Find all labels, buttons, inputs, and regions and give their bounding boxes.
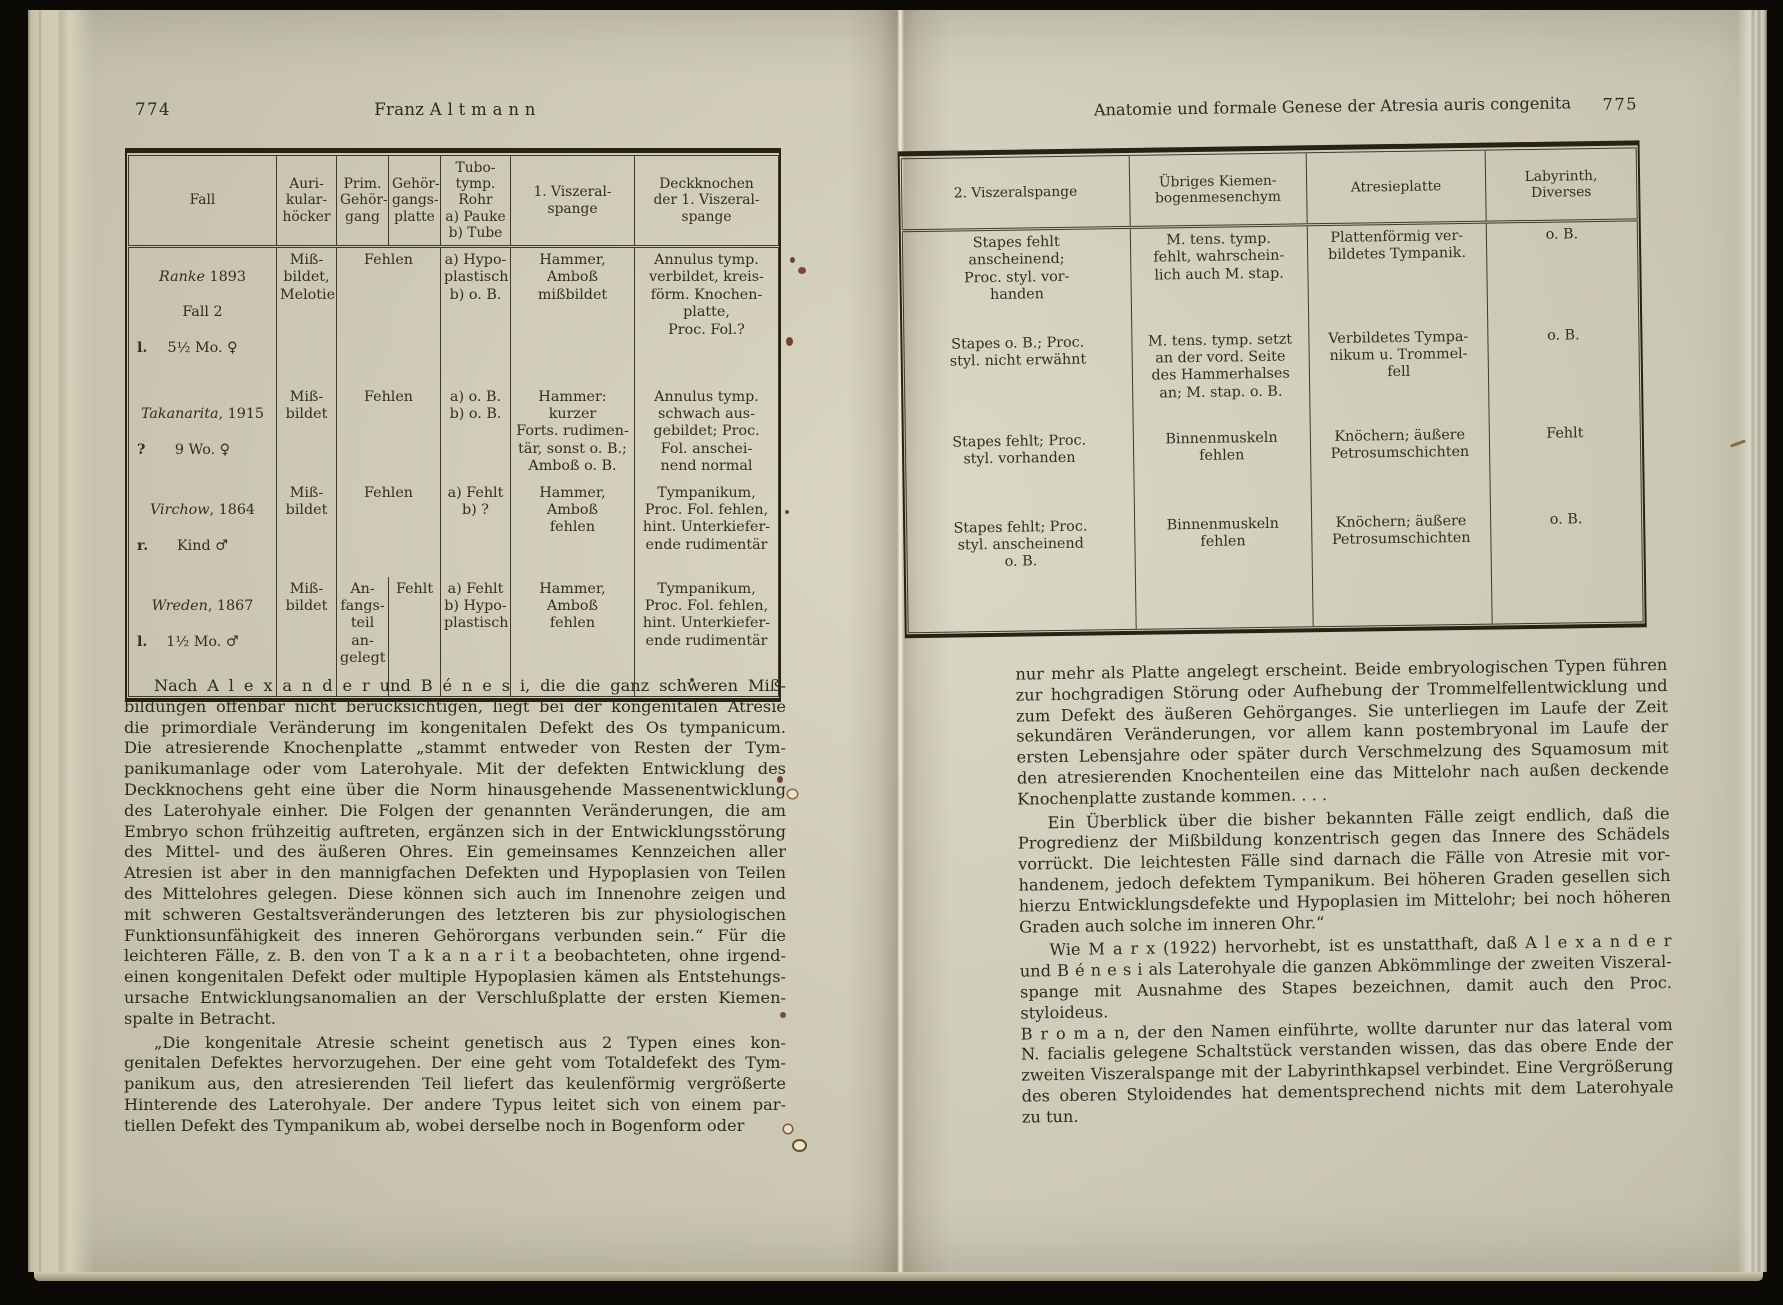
left-running-head: 774 Franz A l t m a n n — [125, 100, 785, 119]
table-cell: Hammer: kurzer Forts. rudimen- tär, sons… — [511, 385, 635, 481]
left-page-content: 774 Franz A l t m a n n Fall Auri- kular… — [125, 10, 785, 1272]
page-bottom-edge — [34, 1272, 1763, 1281]
ink-spot — [780, 1012, 786, 1018]
table-cell: Fehlen — [337, 481, 441, 577]
column-header-deckknochen: Deckknochen der 1. Viszeral- spange — [635, 156, 779, 247]
left-table-frame: Fall Auri- kular- höcker Prim. Gehör- ga… — [125, 148, 781, 702]
text-line: spalte in Betracht. — [124, 1009, 786, 1030]
column-header-gehoergangsplatte: Gehör- gangs- platte — [389, 156, 441, 247]
table-cell: Stapes o. B.; Proc. styl. nicht erwähnt — [904, 329, 1133, 430]
column-header-labyrinth-diverses: Labyrinth, Diverses — [1485, 148, 1637, 222]
text-line: Deckknochens geht eine über die Norm hin… — [124, 780, 786, 801]
column-header-fall: Fall — [129, 156, 277, 247]
right-page: Anatomie und formale Genese der Atresia … — [893, 10, 1767, 1272]
table-cell: Stapes fehlt; Proc. styl. vorhanden — [905, 427, 1134, 516]
sex-symbol: ♀ — [227, 340, 237, 356]
text-line: mit schweren Gestaltsveränderungen des l… — [124, 905, 786, 926]
running-title-right: Anatomie und formale Genese der Atresia … — [1094, 93, 1572, 119]
text-line: des Laterohyale einher. Die Folgen der g… — [124, 801, 786, 822]
paragraph: Nach A l e x a n d e r und B é n e s i, … — [124, 676, 786, 1030]
case-name: Virchow — [150, 502, 210, 518]
age: 1½ Mo. — [166, 634, 221, 650]
running-title-left: Franz A l t m a n n — [374, 100, 535, 119]
case-side-age-sex: r.Kind ♂ — [132, 538, 273, 555]
case-name: Takanarita — [141, 406, 219, 422]
ink-spot — [786, 337, 793, 346]
case-side-age-sex: l.1½ Mo. ♂ — [132, 634, 273, 651]
column-header-kiemenbogenmesenchym: Übriges Kiemen- bogenmesenchym — [1129, 153, 1307, 228]
column-header-2-viszeralspange: 2. Viszeralspange — [901, 155, 1130, 230]
sex-symbol: ♂ — [226, 634, 239, 650]
text-line: einen kongenitalen Defekt oder multiple … — [124, 967, 786, 988]
text-line: Atresien ist aber in den mannigfachen De… — [124, 863, 786, 884]
worm-hole — [788, 790, 797, 798]
side-indicator: r. — [137, 538, 148, 555]
table-cell: Hammer, Amboß mißbildet — [511, 247, 635, 385]
ink-spot — [690, 678, 694, 682]
case-name: Ranke — [159, 269, 205, 285]
left-body-text: Nach A l e x a n d e r und B é n e s i, … — [124, 676, 786, 1137]
case-title: Ranke 1893 — [132, 269, 273, 286]
side-indicator: l. — [137, 634, 147, 651]
table-cell: Miß- bildet, Melotie — [277, 247, 337, 385]
case-year: , 1915 — [219, 406, 264, 422]
table-cell: Knöchern; äußere Petrosumschichten — [1310, 422, 1490, 511]
text-line: genitalen Defektes hervorzugehen. Der ei… — [124, 1053, 786, 1074]
column-header-prim-gehoergang: Prim. Gehör- gang — [337, 156, 389, 247]
ink-spot — [798, 267, 806, 274]
table-cell: Annulus tymp. schwach aus- gebildet; Pro… — [635, 385, 779, 481]
table-row-virchow: Virchow, 1864 r.Kind ♂ Miß- bildet Fehle… — [129, 481, 779, 577]
table-cell: o. B. — [1488, 322, 1640, 422]
right-table-frame: 2. Viszeralspange Übriges Kiemen- bogenm… — [898, 140, 1647, 638]
right-page-content: Anatomie und formale Genese der Atresia … — [884, 0, 1777, 1273]
right-body-text: nur mehr als Platte angelegt erscheint. … — [1015, 655, 1674, 1128]
left-table-header-row: Fall Auri- kular- höcker Prim. Gehör- ga… — [129, 156, 779, 247]
paragraph: Wie M a r x (1922) hervorhebt, ist es un… — [1019, 931, 1674, 1128]
table-cell: Tympanikum, Proc. Fol. fehlen, hint. Unt… — [635, 481, 779, 577]
table-cell: Verbildetes Tympa- nikum u. Trommel- fel… — [1308, 324, 1489, 425]
ink-spot — [790, 257, 795, 263]
right-running-head: Anatomie und formale Genese der Atresia … — [1005, 92, 1660, 121]
table-cell: M. tens. tymp. fehlt, wahrschein- lich a… — [1130, 225, 1309, 330]
text-line: Die atresierende Knochenplatte „stammt e… — [124, 738, 786, 759]
column-header-tubotymp-rohr: Tubo- tymp. Rohr a) Pauke b) Tube — [441, 156, 511, 247]
table-cell: o. B. — [1490, 506, 1643, 624]
paragraph: „Die kongenitale Atresie scheint genetis… — [124, 1033, 786, 1137]
age: 9 Wo. — [175, 442, 215, 458]
book-spread: 774 Franz A l t m a n n Fall Auri- kular… — [28, 10, 1767, 1272]
text-line: panikumanlage oder vom Laterohyale. Mit … — [124, 759, 786, 780]
table-cell: Annulus tymp. verbildet, kreis- förm. Kn… — [635, 247, 779, 385]
page-number-right: 775 — [1602, 94, 1638, 114]
table-cell: Stapes fehlt; Proc. styl. anscheinend o.… — [907, 513, 1136, 632]
case-table-right: 2. Viszeralspange Übriges Kiemen- bogenm… — [901, 147, 1644, 633]
table-cell: Miß- bildet — [277, 481, 337, 577]
table-cell: Knöchern; äußere Petrosumschichten — [1311, 508, 1492, 627]
table-cell: M. tens. tymp. setzt an der vord. Seite … — [1131, 327, 1310, 428]
text-line: ursache Entwicklungsanomalien an der Ver… — [124, 988, 786, 1009]
case-side-age-sex: l.5½ Mo. ♀ — [132, 340, 273, 357]
case-title: Takanarita, 1915 — [132, 406, 273, 423]
age: Kind — [177, 538, 211, 554]
sex-symbol: ♂ — [215, 538, 228, 554]
text-line: panikum aus, den atresierenden Teil lief… — [124, 1074, 786, 1095]
ink-spot — [785, 510, 789, 514]
table-cell: Binnenmuskeln fehlen — [1134, 511, 1313, 630]
table-row: Stapes fehlt; Proc. styl. vorhanden Binn… — [905, 420, 1641, 517]
table-cell: o. B. — [1486, 220, 1639, 324]
text-line: Hinterende des Laterohyale. Der andere T… — [124, 1095, 786, 1116]
case-cell: Takanarita, 1915 ?9 Wo. ♀ — [129, 385, 277, 481]
table-row-ranke: Ranke 1893 Fall 2 l.5½ Mo. ♀ Miß- bildet… — [129, 247, 779, 385]
side-indicator: l. — [137, 340, 147, 357]
table-cell: Fehlt — [1489, 420, 1641, 508]
table-cell: Fehlen — [337, 385, 441, 481]
side-indicator: ? — [137, 442, 145, 459]
text-line: die primordiale Veränderung im kongenita… — [124, 718, 786, 739]
case-title: Wreden, 1867 — [132, 598, 273, 615]
worm-hole — [784, 1125, 792, 1133]
right-table-header-row: 2. Viszeralspange Übriges Kiemen- bogenm… — [901, 148, 1637, 231]
case-side-age-sex: ?9 Wo. ♀ — [132, 442, 273, 459]
text-line: Funktionsunfähigkeit des inneren Gehöror… — [124, 926, 786, 947]
table-row: Stapes fehlt; Proc. styl. anscheinend o.… — [907, 506, 1644, 633]
case-subtitle: Fall 2 — [132, 304, 273, 321]
text-line: leichteren Fälle, z. B. den von T a k a … — [124, 946, 786, 967]
paragraph: Ein Überblick über die bisher bekannten … — [1017, 804, 1671, 938]
text-line: Nach A l e x a n d e r und B é n e s i, … — [124, 676, 786, 697]
table-cell: Stapes fehlt anscheinend; Proc. styl. vo… — [902, 227, 1131, 332]
case-year: 1893 — [205, 269, 246, 285]
table-cell: Miß- bildet — [277, 385, 337, 481]
worm-hole — [794, 1141, 805, 1150]
case-cell: Virchow, 1864 r.Kind ♂ — [129, 481, 277, 577]
text-line: des Mittelohres gelegen. Diese können si… — [124, 884, 786, 905]
case-year: , 1864 — [210, 502, 255, 518]
case-cell: Ranke 1893 Fall 2 l.5½ Mo. ♀ — [129, 247, 277, 385]
column-header-1-viszeralspange: 1. Viszeral- spange — [511, 156, 635, 247]
text-line: des Mittel- und des äußeren Ohres. Ein g… — [124, 842, 786, 863]
paragraph: nur mehr als Platte angelegt erscheint. … — [1015, 655, 1669, 810]
sex-symbol: ♀ — [220, 442, 230, 458]
table-cell: a) Hypo- plastisch b) o. B. — [441, 247, 511, 385]
page-number-left: 774 — [135, 100, 171, 119]
scan-background: { "scan": { "background_color": "#0b0a07… — [0, 0, 1783, 1305]
text-line: „Die kongenitale Atresie scheint genetis… — [124, 1033, 786, 1054]
table-cell: Binnenmuskeln fehlen — [1133, 425, 1311, 514]
ink-spot — [777, 776, 783, 783]
table-cell: Plattenförmig ver- bildetes Tympanik. — [1307, 222, 1488, 327]
case-name: Wreden — [152, 598, 208, 614]
left-page: 774 Franz A l t m a n n Fall Auri- kular… — [28, 10, 876, 1272]
table-cell: Fehlen — [337, 247, 441, 385]
table-row: Stapes o. B.; Proc. styl. nicht erwähnt … — [904, 322, 1640, 431]
case-table-left: Fall Auri- kular- höcker Prim. Gehör- ga… — [128, 155, 779, 697]
text-line: Embryo schon frühzeitig auftreten, ergän… — [124, 822, 786, 843]
table-cell: Hammer, Amboß fehlen — [511, 481, 635, 577]
table-row-takanarita: Takanarita, 1915 ?9 Wo. ♀ Miß- bildet Fe… — [129, 385, 779, 481]
column-header-aurikularhoecker: Auri- kular- höcker — [277, 156, 337, 247]
table-cell: a) o. B. b) o. B. — [441, 385, 511, 481]
text-line: bildungen offenbar nicht berücksichtigen… — [124, 697, 786, 718]
text-line: tiellen Defekt des Tympanikum ab, wobei … — [124, 1116, 786, 1137]
case-year: , 1867 — [208, 598, 253, 614]
column-header-atresieplatte: Atresieplatte — [1306, 150, 1486, 225]
table-cell: a) Fehlt b) ? — [441, 481, 511, 577]
case-title: Virchow, 1864 — [132, 502, 273, 519]
age: 5½ Mo. — [167, 340, 222, 356]
table-row: Stapes fehlt anscheinend; Proc. styl. vo… — [902, 220, 1638, 333]
